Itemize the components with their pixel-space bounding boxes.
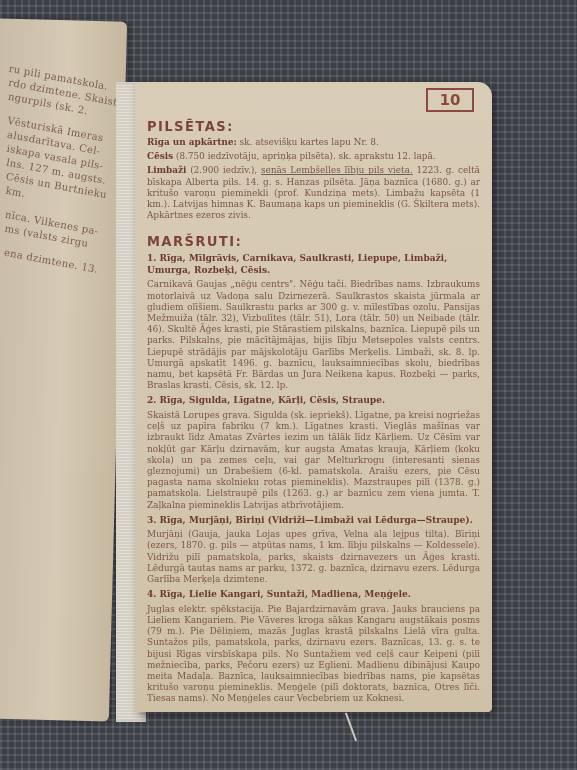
page-number-box: 10 <box>426 88 474 112</box>
city-entry-cesis: Cēsis (8.750 iedzīvotāju, apriņķa pilsēt… <box>147 152 480 163</box>
city-name: Limbaži <box>147 166 186 176</box>
city-text: sk. atsevišķu kartes lapu Nr. 8. <box>240 138 379 148</box>
route-heading-2: 2. Rīga, Sigulda, Līgatne, Kārļi, Cēsis,… <box>147 396 480 408</box>
route-heading-1: 1. Rīga, Mīlgrāvis, Carnikava, Saulkrast… <box>147 254 480 277</box>
left-page-text: ru pili pamatskola. rdo dzimtene. Skaist… <box>0 62 126 263</box>
route-heading-3: 3. Rīga, Murjāņi, Bīriņi (Vidriži—Limbaž… <box>147 516 480 528</box>
route-heading-4: 4. Rīga, Lielie Kangari, Suntaži, Madlie… <box>147 590 480 602</box>
city-entry-riga: Rīga un apkārtne: sk. atsevišķu kartes l… <box>147 138 480 149</box>
city-text-underlined: senās Lembšelles lībju pils vieta. <box>261 166 413 176</box>
page-content: PILSĒTAS: Rīga un apkārtne: sk. atsevišķ… <box>147 120 480 706</box>
route-body-4: Juglas elektr. spēkstacija. Pie Bajardzi… <box>147 605 480 706</box>
section-title-marsruti: MARŠRUTI: <box>147 235 480 250</box>
route-body-3: Murjāņi (Gauja, jauka Lojas upes grīva, … <box>147 530 480 586</box>
city-name: Rīga un apkārtne: <box>147 138 237 148</box>
city-text: (2.900 iedzīv.), <box>190 166 257 176</box>
city-name: Cēsis <box>147 152 173 162</box>
route-body-1: Carnikavā Gaujas „nēģu centrs". Nēģu tač… <box>147 280 480 392</box>
city-entry-limbazi: Limbaži (2.900 iedzīv.), senās Lembšelle… <box>147 166 480 222</box>
book-page: 10 PILSĒTAS: Rīga un apkārtne: sk. atsev… <box>135 82 492 712</box>
loose-thread <box>345 713 357 742</box>
route-body-2: Skaistā Lorupes grava. Sigulda (sk. iepr… <box>147 411 480 512</box>
left-page: ru pili pamatskola. rdo dzimtene. Skaist… <box>0 18 127 721</box>
section-title-pilsetas: PILSĒTAS: <box>147 120 480 135</box>
city-text: (8.750 iedzīvotāju, apriņķa pilsēta). sk… <box>176 152 436 162</box>
